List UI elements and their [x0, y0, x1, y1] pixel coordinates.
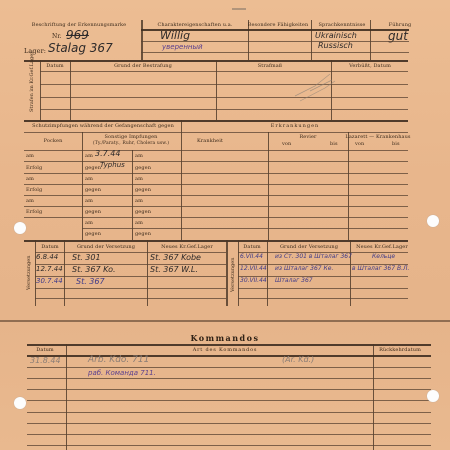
transfer-left-row-2-reason: St. 367 Ko. [72, 265, 116, 274]
kommandos-title: Kommandos [191, 333, 260, 343]
lazarett-von: von [355, 141, 364, 147]
transfer-left-col-date: Datum [41, 244, 58, 250]
nr-label: Nr. [52, 33, 62, 40]
pow-record-card: Beschriftung der Erkennungsmarke Nr. 969… [0, 0, 450, 450]
punch-hole-left-top [14, 222, 26, 234]
punish-col-date: Datum [46, 63, 63, 69]
vacc-row-6-right: gegen [135, 209, 151, 215]
illness-col-revier: Revier [299, 134, 316, 140]
staple-mark [232, 8, 246, 10]
transfer-left-row-2-camp: St. 367 W.L. [150, 265, 198, 274]
vacc-row-1-value: 3.7.44 [95, 149, 120, 158]
lager-value: Stalag 367 [48, 41, 113, 55]
vacc-row-1-right: am [135, 153, 143, 159]
nr-value: 969 [66, 28, 89, 42]
language-value-1: Ukrainisch [315, 31, 357, 40]
kommando-row-1-note: (Ar. Kd.) [282, 355, 314, 364]
kommando-row-1-date: 31.8.44 [30, 356, 61, 365]
transfer-left-row-3-reason: St. 367 [76, 277, 105, 286]
punch-hole-right-bottom [427, 390, 439, 402]
character-label: Charaktereigenschaften u.a. [158, 22, 233, 28]
vacc-row-3-left: am [26, 176, 34, 182]
punch-hole-left-bottom [14, 397, 26, 409]
vacc-row-7-mid: am [85, 220, 93, 226]
illness-title: Erkrankungen [271, 123, 320, 129]
vacc-row-1-mid: am [85, 153, 93, 159]
language-value-2: Russisch [318, 41, 353, 50]
vacc-row-5-mid: am [85, 198, 93, 204]
transfer-left-row-2-date: 12.7.44 [36, 265, 63, 273]
transfer-left-col-reason: Grund der Versetzung [77, 244, 135, 250]
transfer-right-col-reason: Grund der Versetzung [280, 244, 338, 250]
illness-col-illness: Krankheit [197, 138, 223, 144]
skills-label: Besondere Fähigkeiten [248, 22, 309, 28]
vacc-col-pocken: Pocken [44, 138, 63, 144]
vacc-row-4-mid: gegen [85, 187, 101, 193]
punish-col-served: Verbüßt, Datum [349, 63, 391, 69]
vacc-row-6-mid: gegen [85, 209, 101, 215]
vacc-row-3-right: am [135, 176, 143, 182]
transfer-right-row-2-camp: в Шталаг 367 В.Л. [352, 265, 409, 272]
language-label: Sprachkenntnisse [319, 22, 366, 28]
vacc-row-5-right: am [135, 198, 143, 204]
revier-von: von [282, 141, 291, 147]
transfer-left-row-1-date: 6.8.44 [36, 253, 58, 261]
transfer-right-row-3-date: 30.VII.44 [240, 277, 267, 284]
transfer-left-row-1-camp: St. 367 Kobe [150, 253, 201, 262]
vacc-row-4-right: gegen [135, 187, 151, 193]
transfer-right-row-1-reason: из Ст. 301 в Шталаг 367 [275, 253, 352, 260]
kommando-col-type: Art des Kommandos [193, 347, 258, 353]
character-value-2: уверенный [162, 43, 203, 51]
vacc-row-2-value: Typhus [100, 161, 125, 169]
transfer-left-row-1-reason: St. 301 [72, 253, 101, 262]
kommando-row-1-type: Arb. Kdo. 711 [88, 355, 149, 365]
transfers-left-side-label: Versetzungen [26, 256, 32, 291]
illness-col-lazarett: Lazarett — Krankenhaus [345, 134, 410, 140]
vacc-col-other: Sonstige Impfungen [105, 134, 158, 140]
revier-bis: bis [330, 141, 338, 147]
vacc-col-other-sub: (Ty./Paraty., Ruhr, Cholera usw.) [93, 141, 169, 146]
kommando-row-2-type: раб. Команда 711. [88, 369, 156, 377]
transfer-right-col-camp: Neues Kr.Gef.Lager [356, 244, 408, 250]
lager-label: Lager: [24, 47, 46, 55]
transfer-right-row-1-camp: Кельце [372, 253, 395, 260]
transfer-right-row-2-date: 12.VII.44 [240, 265, 267, 272]
vacc-row-1-left: am [26, 153, 34, 159]
vacc-row-6-left: Erfolg [26, 209, 42, 215]
transfers-right-side-label: Versetzungen [230, 258, 236, 293]
transfer-right-col-date: Datum [243, 244, 260, 250]
vacc-row-3-mid: am [85, 176, 93, 182]
conduct-label: Führung [389, 22, 412, 28]
lazarett-bis: bis [392, 141, 400, 147]
vacc-row-4-left: Erfolg [26, 187, 42, 193]
punish-col-reason: Grund der Bestrafung [114, 63, 172, 69]
vacc-title: Schutzimpfungen während der Gefangenscha… [32, 123, 174, 129]
punch-hole-right-top [427, 215, 439, 227]
vacc-row-8-right: gegen [135, 231, 151, 237]
transfer-right-row-3-reason: Шталаг 367 [275, 277, 313, 284]
transfer-left-col-camp: Neues Kr.Gef.Lager [161, 244, 213, 250]
vacc-row-2-left: Erfolg [26, 165, 42, 171]
transfer-right-row-1-date: 6.VII.44 [240, 253, 263, 260]
vacc-row-7-right: am [135, 220, 143, 226]
transfer-left-row-3-date: 30.7.44 [36, 277, 63, 285]
pencil-scribble [290, 66, 340, 106]
kommando-col-return: Rückkehrdatum [379, 347, 421, 353]
vacc-row-8-mid: gegen [85, 231, 101, 237]
vacc-row-2-right: gegen [135, 165, 151, 171]
kommando-col-date: Datum [36, 347, 53, 353]
vacc-row-2-mid: gegen [85, 165, 101, 171]
vacc-row-5-left: am [26, 198, 34, 204]
punish-col-sentence: Strafmaß [258, 63, 283, 69]
punishments-side-label: Strafen im Kr.Gef.Lager [29, 51, 35, 112]
transfer-right-row-2-reason: из Шталаг 367 Ке. [275, 265, 333, 272]
